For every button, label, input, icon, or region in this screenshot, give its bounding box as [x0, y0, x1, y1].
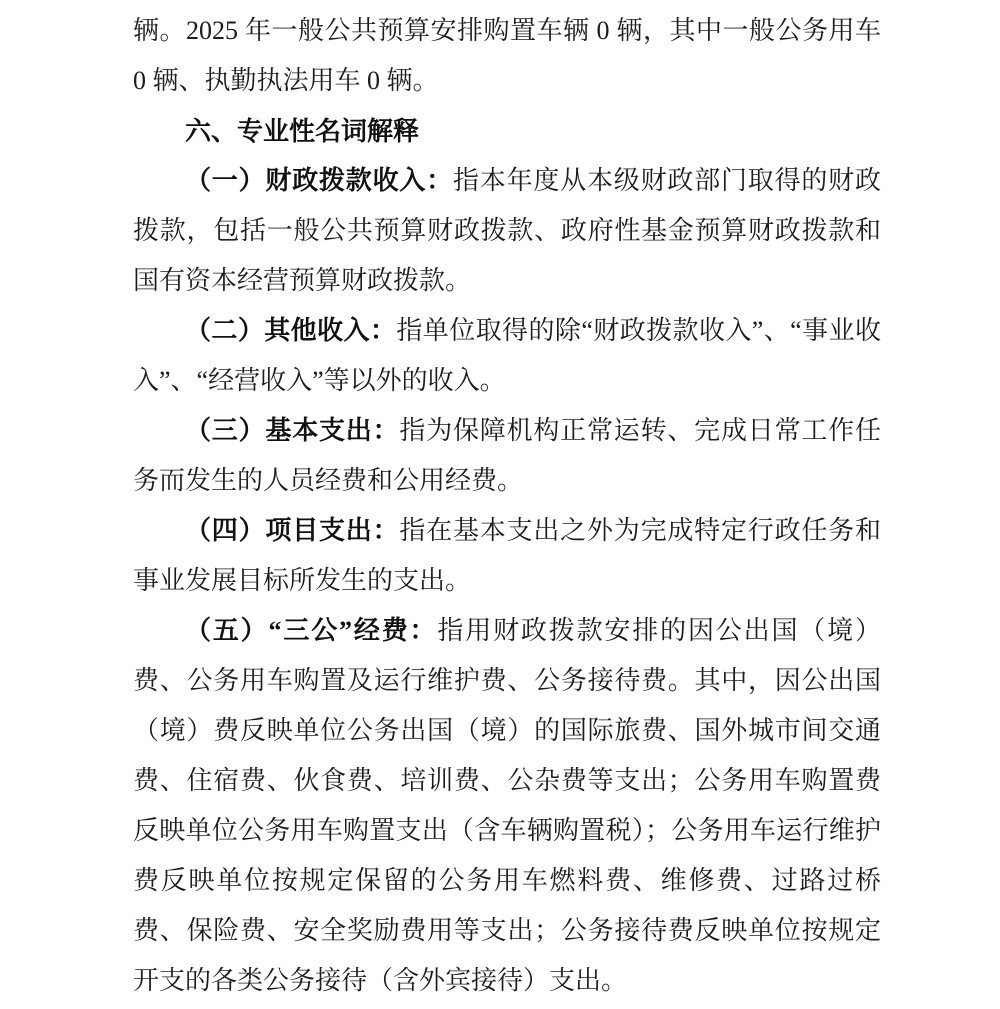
term-paragraph-three-public-funds: （五）“三公”经费：指用财政拨款安排的因公出国（境）费、公务用车购置及运行维护费…	[133, 606, 881, 1006]
term-label: （二）其他收入：	[185, 316, 396, 345]
section-heading-terminology: 六、专业性名词解释	[133, 106, 881, 156]
term-label: （一）财政拨款收入：	[185, 166, 453, 195]
term-label: （五）“三公”经费：	[185, 616, 437, 645]
document-body: 辆。2025 年一般公共预算安排购置车辆 0 辆，其中一般公务用车 0 辆、执勤…	[133, 6, 881, 1006]
document-page: 辆。2025 年一般公共预算安排购置车辆 0 辆，其中一般公务用车 0 辆、执勤…	[0, 0, 1000, 1009]
paragraph-vehicle-budget: 辆。2025 年一般公共预算安排购置车辆 0 辆，其中一般公务用车 0 辆、执勤…	[133, 6, 881, 106]
term-label: （三）基本支出：	[185, 416, 399, 445]
term-paragraph-project-expenditure: （四）项目支出：指在基本支出之外为完成特定行政任务和事业发展目标所发生的支出。	[133, 506, 881, 606]
term-definition: 指用财政拨款安排的因公出国（境）费、公务用车购置及运行维护费、公务接待费。其中，…	[133, 616, 881, 995]
term-label: （四）项目支出：	[185, 516, 399, 545]
term-paragraph-fiscal-appropriation-income: （一）财政拨款收入：指本年度从本级财政部门取得的财政拨款，包括一般公共预算财政拨…	[133, 156, 881, 306]
term-paragraph-basic-expenditure: （三）基本支出：指为保障机构正常运转、完成日常工作任务而发生的人员经费和公用经费…	[133, 406, 881, 506]
term-paragraph-other-income: （二）其他收入：指单位取得的除“财政拨款收入”、“事业收入”、“经营收入”等以外…	[133, 306, 881, 406]
